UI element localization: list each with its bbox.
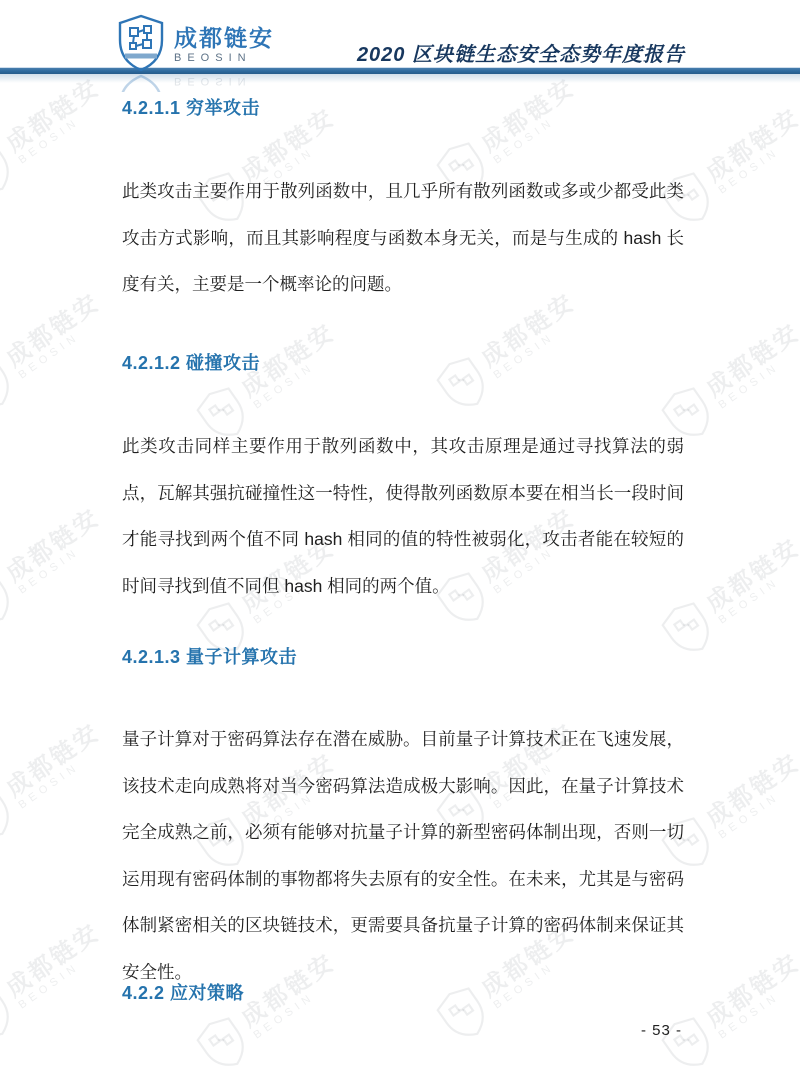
- section-paragraph-4213: 量子计算对于密码算法存在潜在威胁。目前量子计算技术正在飞速发展，该技术走向成熟将…: [122, 716, 684, 995]
- beosin-watermark: 成都链安BEOSIN: [0, 714, 116, 849]
- section-paragraph-4212: 此类攻击同样主要作用于散列函数中，其攻击原理是通过寻找算法的弱点，瓦解其强抗碰撞…: [122, 423, 684, 609]
- section-paragraph-4211: 此类攻击主要作用于散列函数中，且几乎所有散列函数或多或少都受此类攻击方式影响，而…: [122, 168, 684, 308]
- beosin-shield-icon: [116, 14, 166, 77]
- report-page: 成都链安BEOSIN成都链安BEOSIN成都链安BEOSIN成都链安BEOSIN…: [0, 0, 800, 1071]
- section-heading-4213: 4.2.1.3 量子计算攻击: [122, 646, 684, 668]
- section-heading-4211: 4.2.1.1 穷举攻击: [122, 97, 684, 119]
- logo-name-en: BEOSIN: [174, 53, 274, 65]
- brand-logo: 成都链安 BEOSIN: [116, 14, 274, 77]
- beosin-watermark: 成都链安BEOSIN: [0, 914, 116, 1049]
- page-number: - 53 -: [641, 1022, 682, 1039]
- section-heading-4212: 4.2.1.2 碰撞攻击: [122, 352, 684, 374]
- beosin-watermark: 成都链安BEOSIN: [0, 69, 116, 204]
- beosin-watermark: 成都链安BEOSIN: [0, 499, 116, 634]
- logo-name-cn: 成都链安: [174, 26, 274, 50]
- logo-reflection: [116, 74, 166, 92]
- beosin-watermark: 成都链安BEOSIN: [0, 284, 116, 419]
- section-heading-422: 4.2.2 应对策略: [122, 982, 684, 1004]
- report-title: 2020 区块链生态安全态势年度报告: [357, 38, 685, 67]
- logo-wordmark: 成都链安 BEOSIN: [174, 26, 274, 65]
- logo-wordmark-reflection: BEOSIN: [174, 75, 252, 87]
